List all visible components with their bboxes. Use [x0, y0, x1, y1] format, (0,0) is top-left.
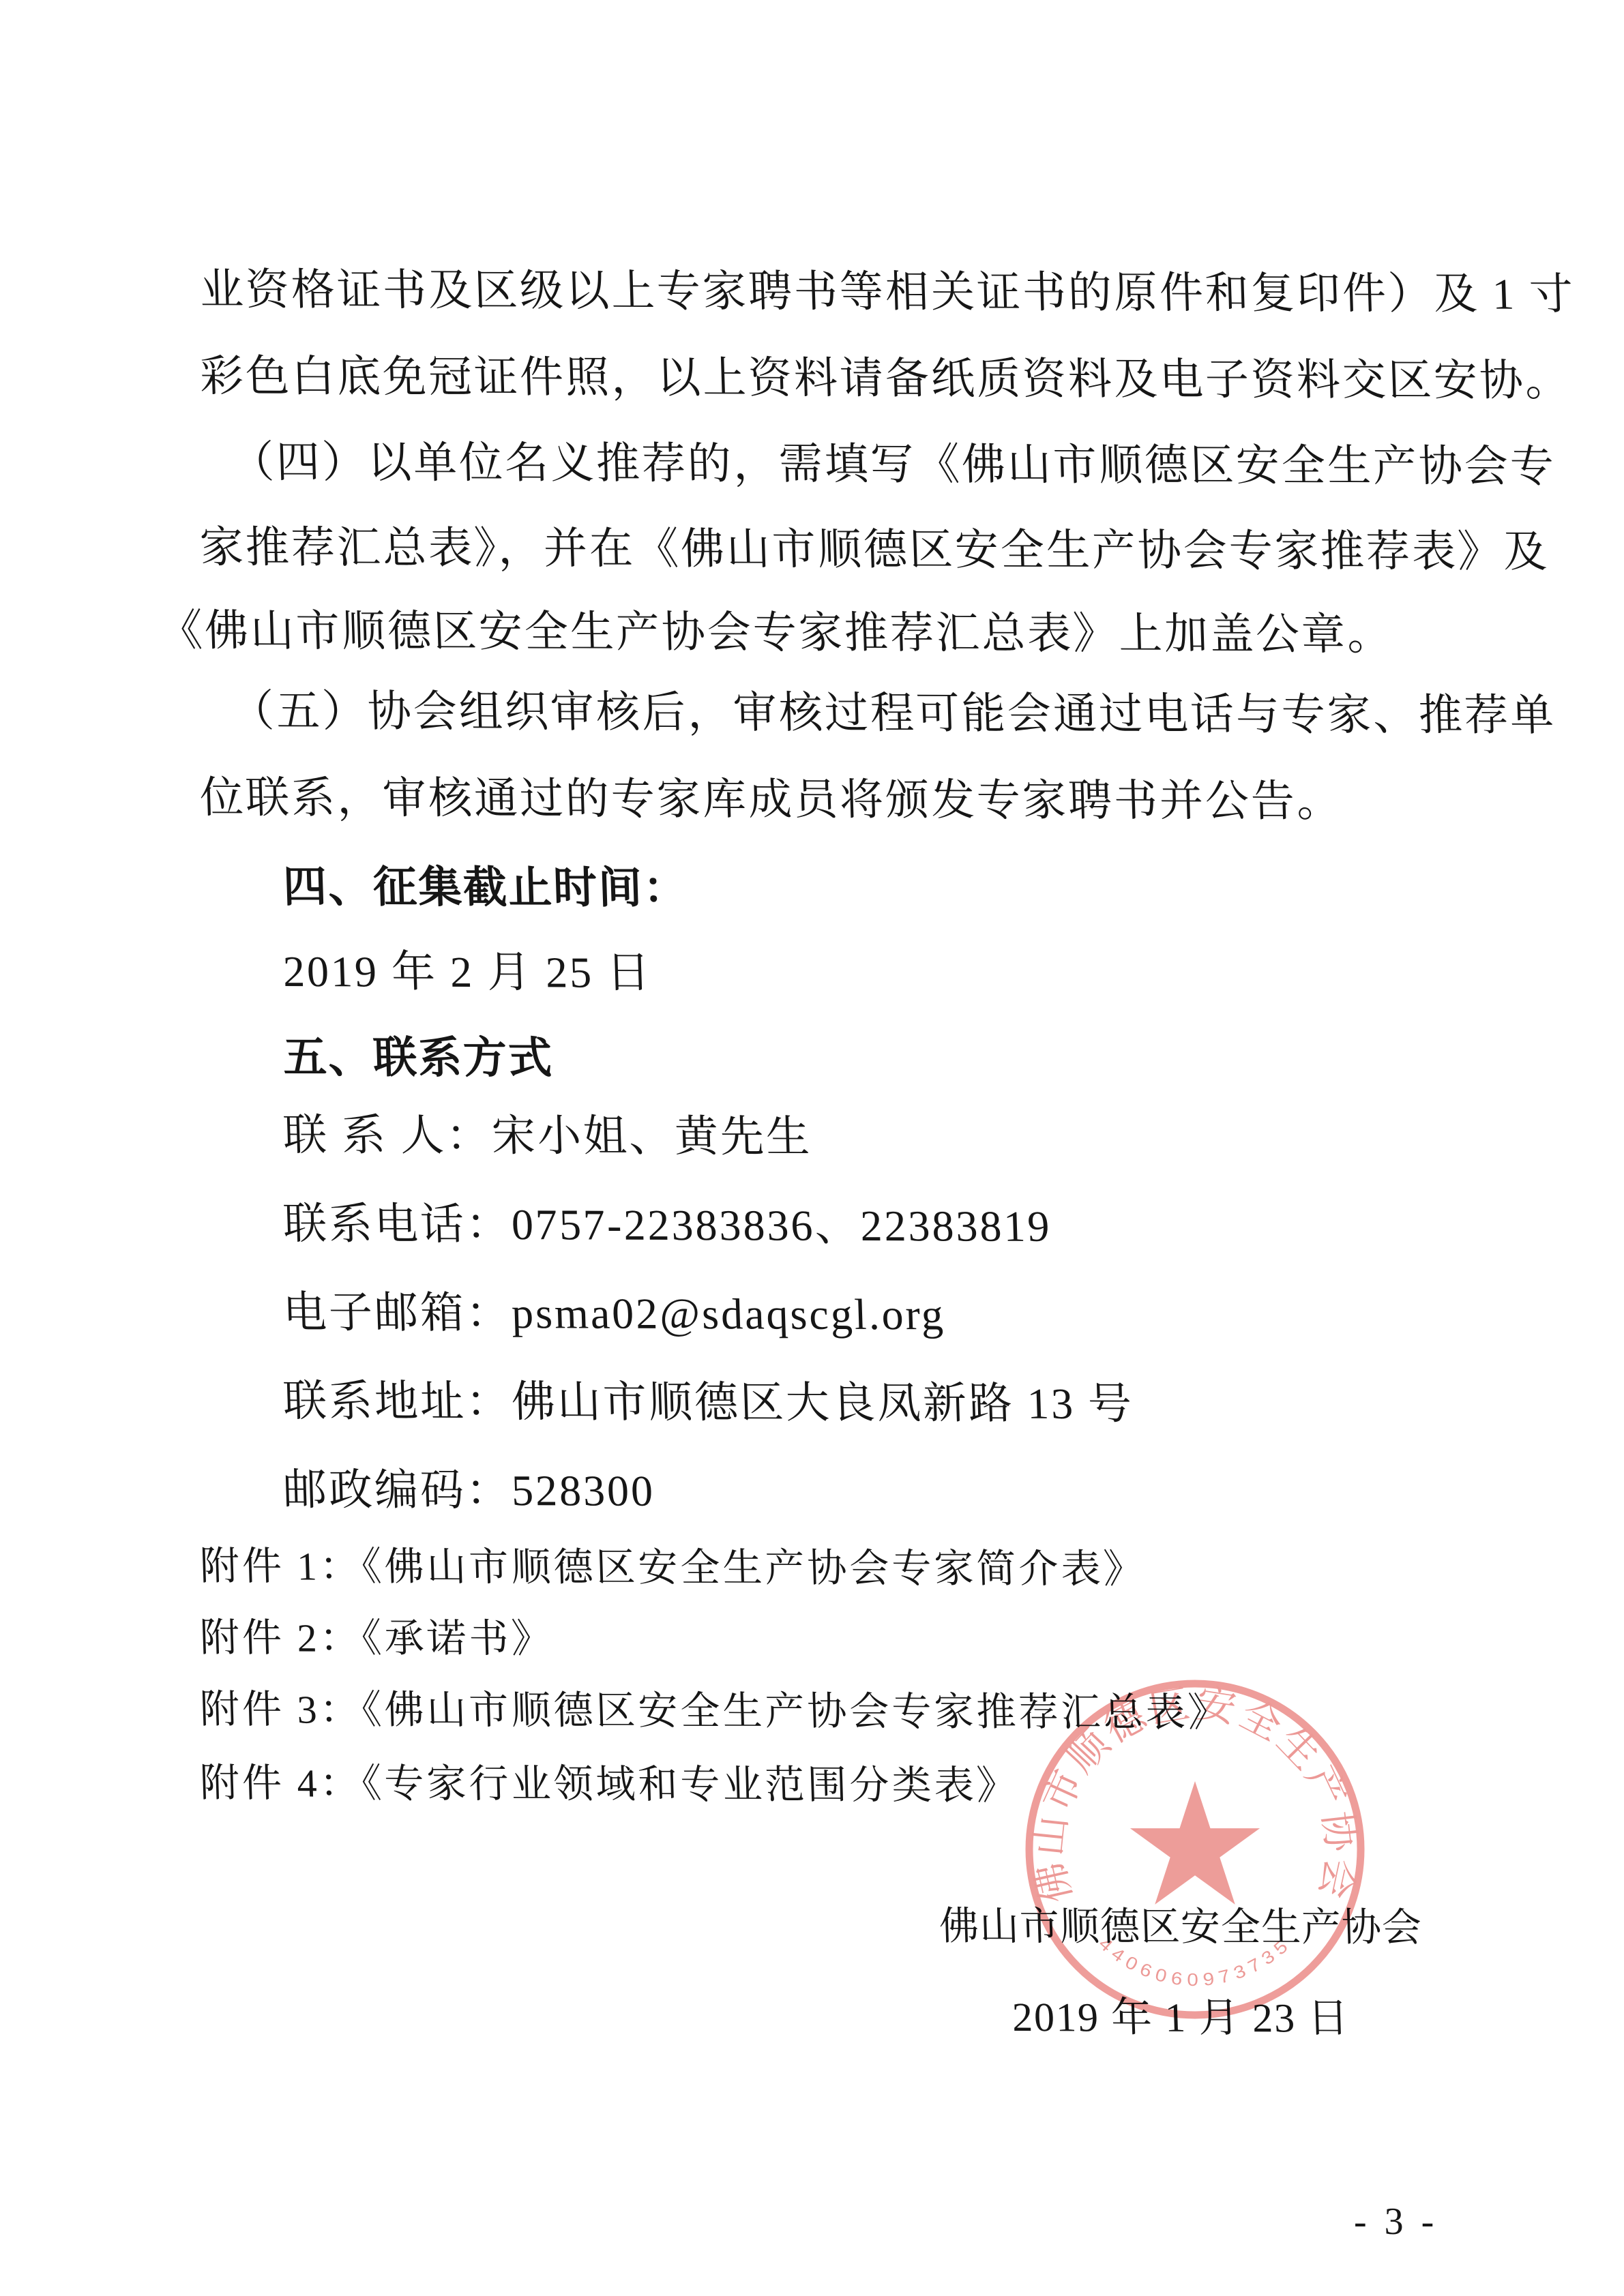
deadline-date: 2019 年 2 月 25 日	[282, 950, 653, 995]
contact-email: 电子邮箱：psma02@sdaqscgl.org	[282, 1291, 946, 1337]
body-line-1: 业资格证书及区级以上专家聘书等相关证书的原件和复印件）及 1 寸	[199, 268, 1576, 316]
contact-address: 联系地址：佛山市顺德区大良凤新路 13 号	[282, 1380, 1134, 1426]
page-number: - 3 -	[1354, 2203, 1438, 2241]
document-page: 业资格证书及区级以上专家聘书等相关证书的原件和复印件）及 1 寸 彩色白底免冠证…	[0, 0, 1624, 2296]
body-line-4: 家推荐汇总表》，并在《佛山市顺德区安全生产协会专家推荐表》及	[199, 526, 1550, 574]
attachment-2: 附件 2：《承诺书》	[199, 1618, 554, 1659]
contact-person: 联 系 人：宋小姐、黄先生	[282, 1114, 812, 1159]
official-seal-stamp: 佛山市顺德区安全生产协会 4406060973735	[1018, 1672, 1372, 2027]
body-line-5: 《佛山市顺德区安全生产协会专家推荐汇总表》上加盖公章。	[158, 609, 1393, 657]
stamp-serial-number: 4406060973735	[1095, 1933, 1295, 1990]
body-line-3: （四）以单位名义推荐的，需填写《佛山市顺德区安全生产协会专	[230, 441, 1556, 489]
body-line-7: 位联系，审核通过的专家库成员将颁发专家聘书并公告。	[199, 776, 1343, 824]
svg-text:4406060973735: 4406060973735	[1095, 1933, 1295, 1990]
heading-deadline: 四、征集截止时间：	[282, 865, 689, 910]
star-icon	[1130, 1781, 1260, 1905]
heading-contact: 五、联系方式	[282, 1035, 554, 1079]
body-line-2: 彩色白底免冠证件照，以上资料请备纸质资料及电子资料交区安协。	[199, 355, 1571, 403]
body-line-6: （五）协会组织审核后，审核过程可能会通过电话与专家、推荐单	[230, 689, 1556, 738]
contact-postcode: 邮政编码：528300	[282, 1468, 655, 1513]
contact-phone: 联系电话：0757-22383836、22383819	[282, 1202, 1052, 1249]
attachment-4: 附件 4：《专家行业领域和专业范围分类表》	[199, 1763, 1019, 1806]
attachment-1: 附件 1：《佛山市顺德区安全生产协会专家简介表》	[199, 1547, 1146, 1590]
